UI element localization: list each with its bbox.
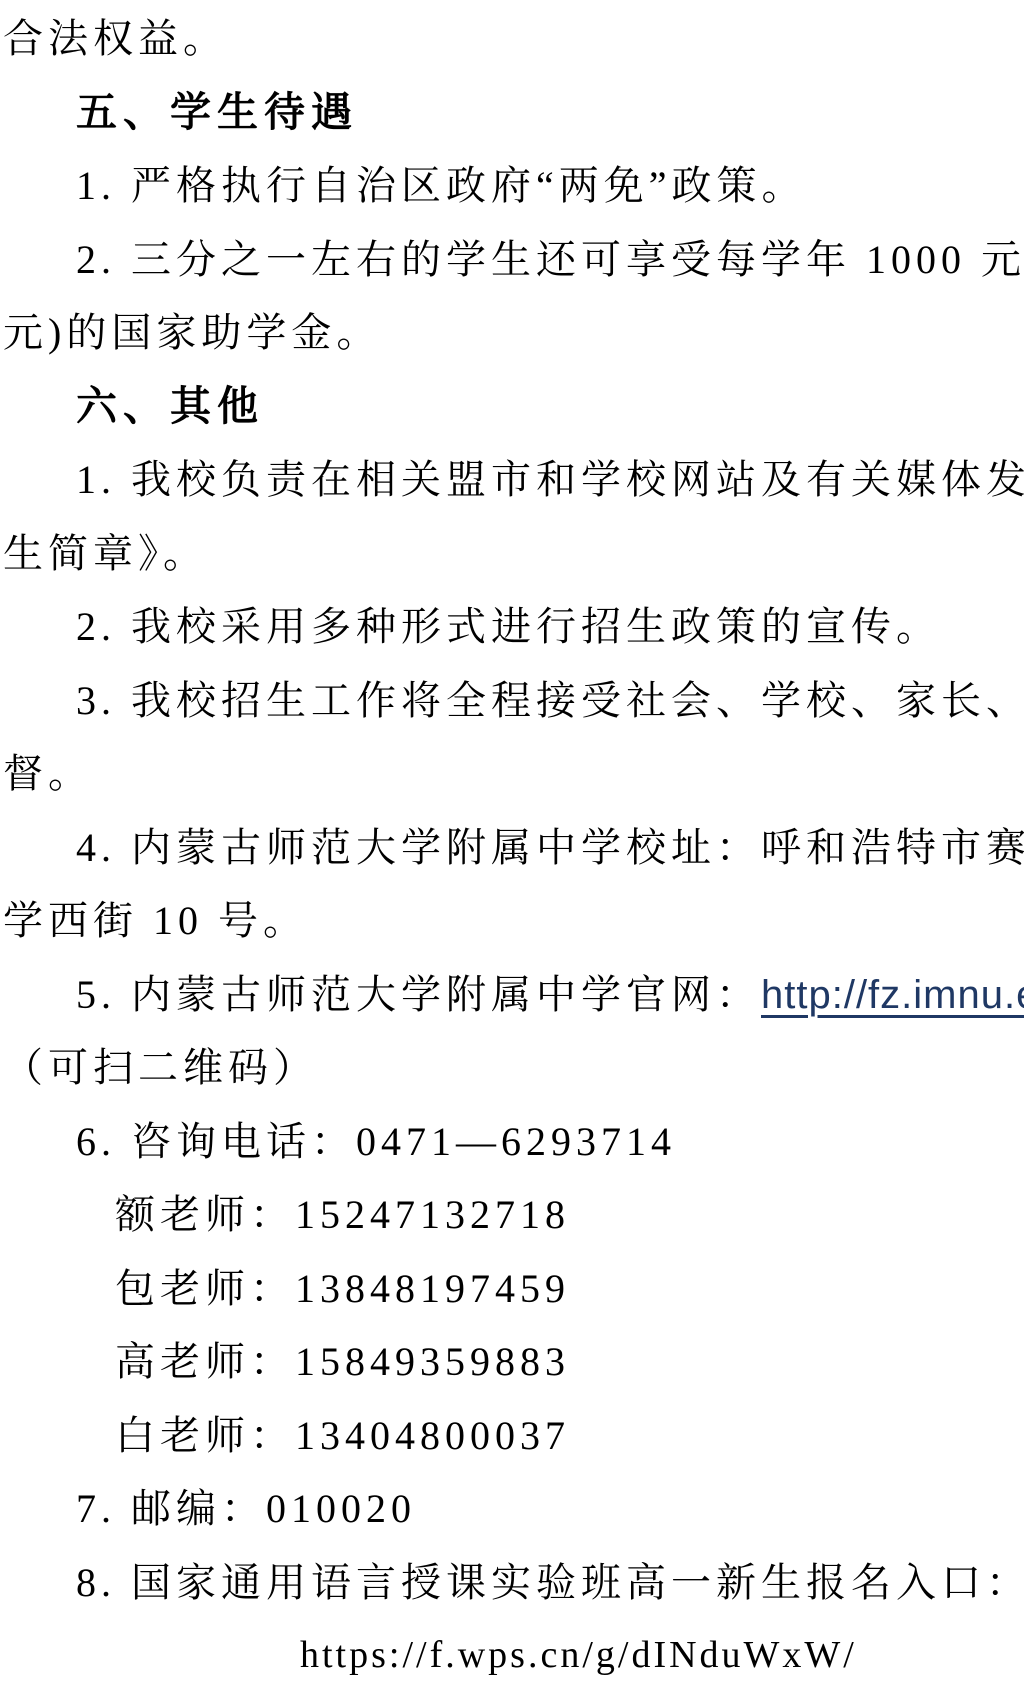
consult-phone-line: 6. 咨询电话：0471—6293714 [0, 1105, 1024, 1179]
paragraph-continuation: 合法权益。 [0, 2, 1024, 76]
list-item: 4. 内蒙古师范大学附属中学校址：呼和浩特市赛罕区大 [0, 811, 1024, 885]
line-text: https://f.wps.cn/g/dINduWxW/ [300, 1634, 857, 1676]
contact-teacher-bai: 白老师：13404800037 [0, 1399, 1024, 1473]
paragraph-continuation: 元)的国家助学金。 [0, 296, 1024, 370]
contact-teacher-bao: 包老师：13848197459 [0, 1252, 1024, 1326]
list-item: 1. 我校负责在相关盟市和学校网站及有关媒体发布《招 [0, 443, 1024, 517]
list-item: 3. 我校招生工作将全程接受社会、学校、家长、学生监 [0, 664, 1024, 738]
document-page: 合法权益。五、学生待遇1. 严格执行自治区政府“两免”政策。2. 三分之一左右的… [0, 0, 1024, 1693]
line-text: 包老师：13848197459 [115, 1266, 570, 1311]
section-heading-student-benefits: 五、学生待遇 [0, 76, 1024, 150]
line-text: 白老师：13404800037 [115, 1413, 570, 1458]
contact-teacher-e: 额老师：15247132718 [0, 1178, 1024, 1252]
line-text: 五、学生待遇 [76, 89, 358, 135]
list-item: 2. 三分之一左右的学生还可享受每学年 1000 元—3000 [0, 223, 1024, 297]
paragraph-continuation: 督。 [0, 737, 1024, 811]
line-text: 六、其他 [76, 383, 264, 429]
line-text: 1. 严格执行自治区政府“两免”政策。 [76, 163, 807, 208]
contact-teacher-gao: 高老师：15849359883 [0, 1325, 1024, 1399]
line-text: 5. 内蒙古师范大学附属中学官网： [76, 972, 761, 1017]
paragraph-continuation: 生简章》。 [0, 517, 1024, 591]
line-text: 学西街 10 号。 [3, 898, 308, 943]
line-text: 2. 我校采用多种形式进行招生政策的宣传。 [76, 604, 941, 649]
line-text: 8. 国家通用语言授课实验班高一新生报名入口： [76, 1560, 1024, 1605]
list-item: 2. 我校采用多种形式进行招生政策的宣传。 [0, 590, 1024, 664]
signup-url-line: https://f.wps.cn/g/dINduWxW/ [0, 1619, 1024, 1693]
line-text: 2. 三分之一左右的学生还可享受每学年 1000 元—3000 [76, 237, 1024, 282]
postal-code-line: 7. 邮编：010020 [0, 1472, 1024, 1546]
line-text: 1. 我校负责在相关盟市和学校网站及有关媒体发布《招 [76, 457, 1024, 502]
line-text: 3. 我校招生工作将全程接受社会、学校、家长、学生监 [76, 678, 1024, 723]
list-item: 1. 严格执行自治区政府“两免”政策。 [0, 149, 1024, 223]
line-text: 6. 咨询电话：0471—6293714 [76, 1119, 676, 1164]
line-text: （可扫二维码） [3, 1045, 318, 1090]
official-website-line: 5. 内蒙古师范大学附属中学官网：http://fz.imnu.edu.cn [0, 958, 1024, 1032]
line-text: 7. 邮编：010020 [76, 1486, 416, 1531]
paragraph-continuation: （可扫二维码） [0, 1031, 1024, 1105]
website-link[interactable]: http://fz.imnu.edu.cn [761, 973, 1024, 1017]
section-heading-other: 六、其他 [0, 370, 1024, 444]
signup-entry-line: 8. 国家通用语言授课实验班高一新生报名入口： [0, 1546, 1024, 1620]
line-text: 高老师：15849359883 [115, 1339, 570, 1384]
paragraph-continuation: 学西街 10 号。 [0, 884, 1024, 958]
line-text: 元)的国家助学金。 [3, 310, 381, 355]
line-text: 4. 内蒙古师范大学附属中学校址：呼和浩特市赛罕区大 [76, 825, 1024, 870]
line-text: 督。 [3, 751, 93, 796]
line-text: 生简章》。 [3, 531, 208, 576]
line-text: 额老师：15247132718 [115, 1192, 570, 1237]
line-text: 合法权益。 [3, 16, 228, 61]
